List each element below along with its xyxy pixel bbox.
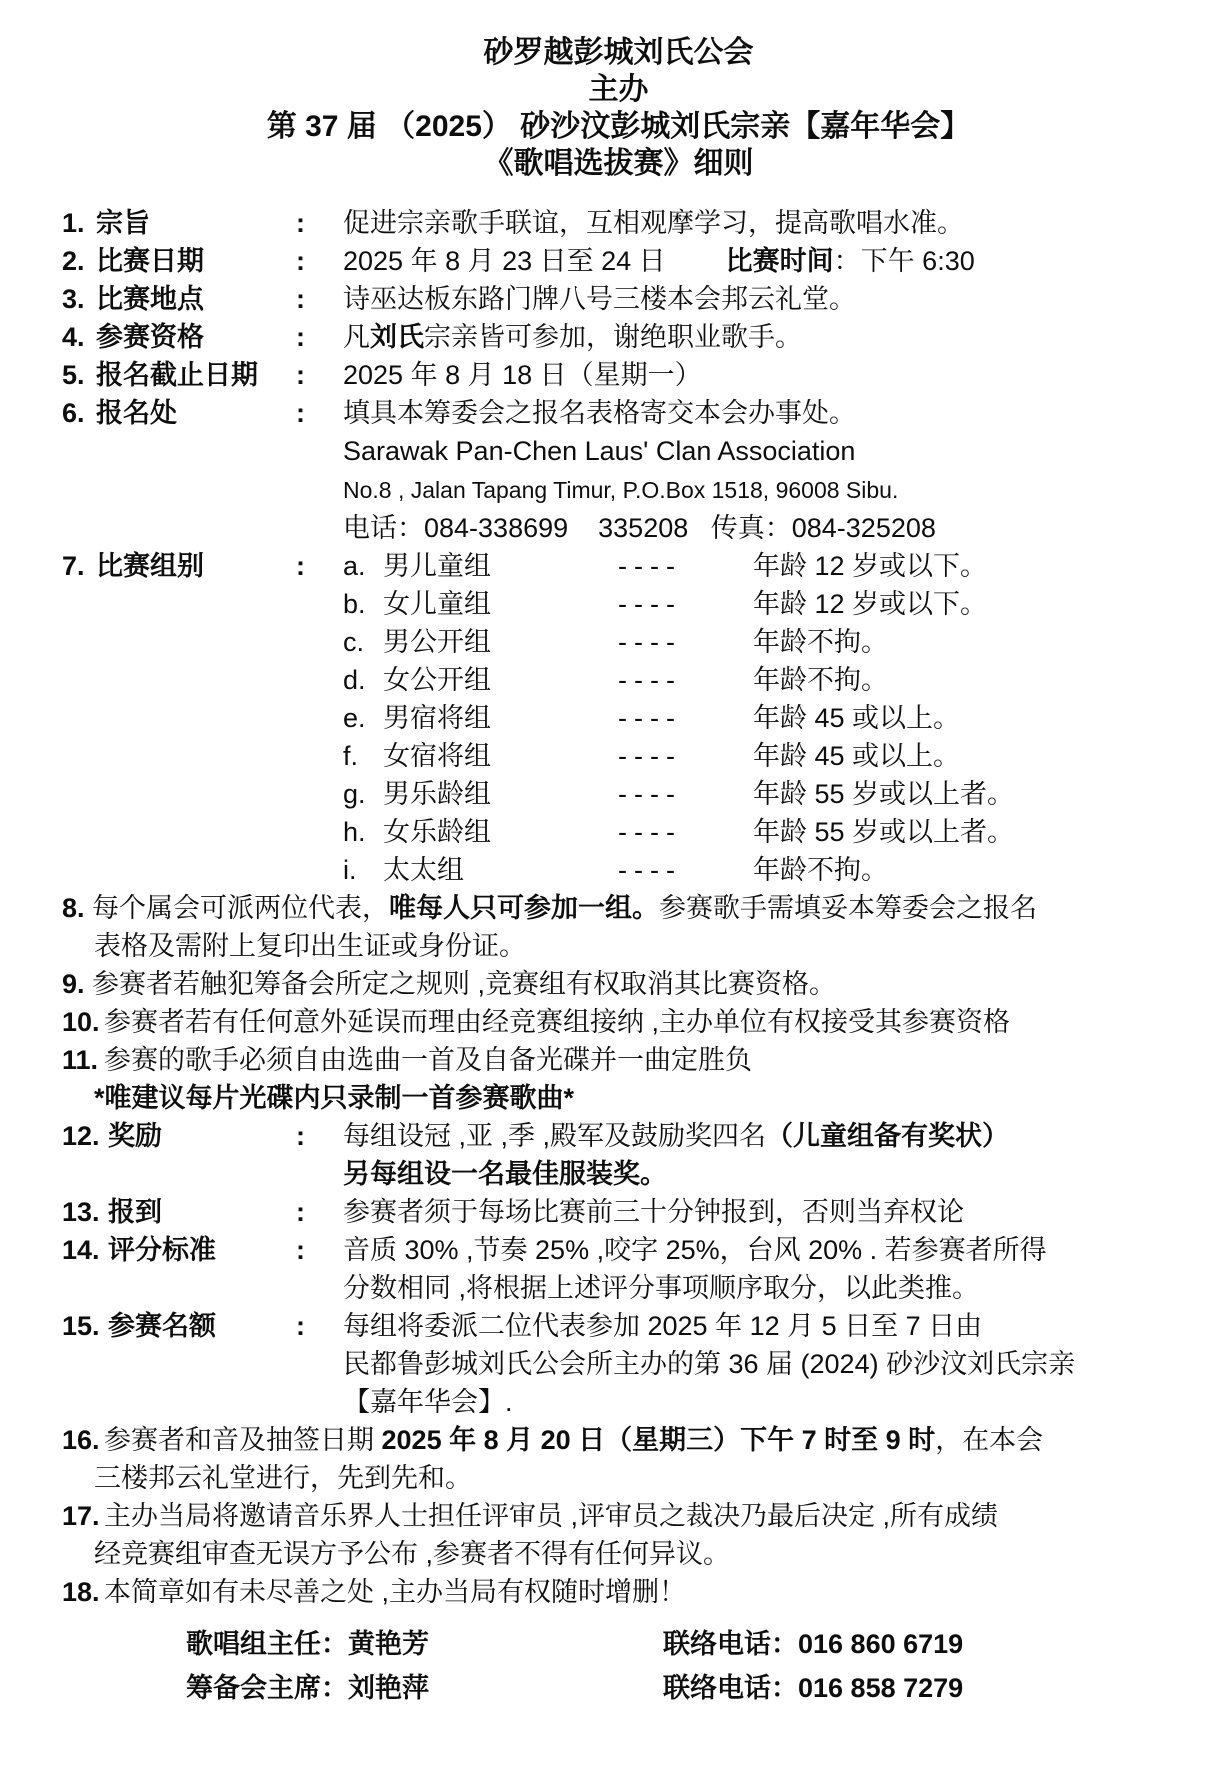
- item-colon: :: [296, 1117, 305, 1155]
- text-run: 2025 年 8 月 18 日（星期一）: [343, 360, 702, 390]
- item-number: 6.: [62, 394, 85, 432]
- text-run: 参赛者和音及抽签日期: [104, 1425, 382, 1455]
- doc-line: 3.比赛地点:诗巫达板东路门牌八号三楼本会邦云礼堂。: [62, 280, 1175, 318]
- group-dashes: ----: [618, 775, 682, 813]
- item-label: 评分标准: [108, 1231, 216, 1269]
- text-run: *唯建议每片光碟内只录制一首参赛歌曲*: [94, 1083, 574, 1113]
- group-name: 女宿将组: [383, 737, 491, 775]
- doc-line: 9.参赛者若触犯筹备会所定之规则 ,竞赛组有权取消其比赛资格。: [62, 965, 1175, 1003]
- item-value-line: 分数相同 ,将根据上述评分事项顺序取分，以此类推。: [343, 1269, 1175, 1307]
- title-rules: 《歌唱选拔赛》细则: [62, 145, 1175, 182]
- text-run: 2025 年 8 月 20 日（星期三）下午 7 时至 9 时: [382, 1425, 936, 1455]
- group-dashes: ----: [618, 661, 682, 699]
- text-run: ，在本会: [935, 1425, 1043, 1455]
- text-run: 参赛的歌手必须自由选曲一首及自备光碟并一曲定胜负: [104, 1045, 752, 1075]
- text-run: 参赛者须于每场比赛前三十分钟报到，否则当弃权论: [343, 1197, 964, 1227]
- text-run: 民都鲁彭城刘氏公会所主办的第 36 届 (2024) 砂沙汶刘氏宗亲: [343, 1349, 1075, 1379]
- item-value-line: Sarawak Pan-Chen Laus' Clan Association: [343, 432, 1175, 470]
- group-dashes: ----: [618, 737, 682, 775]
- rules-list: 1.宗旨:促进宗亲歌手联谊，互相观摩学习，提高歌唱水准。2.比赛日期:2025 …: [62, 204, 1175, 1611]
- item-value-line: 参赛者须于每场比赛前三十分钟报到，否则当弃权论: [343, 1193, 1175, 1231]
- text-run: ：下午 6:30: [834, 246, 975, 276]
- text-run: 参赛者若触犯筹备会所定之规则 ,竞赛组有权取消其比赛资格。: [92, 969, 836, 999]
- item-colon: :: [296, 356, 305, 394]
- item-value-line: 【嘉年华会】.: [343, 1383, 1175, 1421]
- item-colon: :: [296, 280, 305, 318]
- item-colon: :: [296, 547, 305, 585]
- text-run: 【嘉年华会】.: [343, 1387, 513, 1417]
- item-text-line: 参赛的歌手必须自由选曲一首及自备光碟并一曲定胜负: [104, 1041, 1175, 1079]
- text-run: 表格及需附上复印出生证或身份证。: [94, 931, 526, 961]
- text-run: Sarawak Pan-Chen Laus' Clan Association: [343, 436, 855, 466]
- item-label: 奖励: [108, 1117, 162, 1155]
- item-value-line: 填具本筹委会之报名表格寄交本会办事处。: [343, 394, 1175, 432]
- doc-line: 6.报名处:填具本筹委会之报名表格寄交本会办事处。: [62, 394, 1175, 432]
- text-run: 刘氏: [370, 322, 424, 352]
- item-text-line: *唯建议每片光碟内只录制一首参赛歌曲*: [94, 1079, 1175, 1117]
- text-run: 每组设冠 ,亚 ,季 ,殿军及鼓励奖四名: [343, 1121, 766, 1151]
- doc-line: 表格及需附上复印出生证或身份证。: [62, 927, 1175, 965]
- text-run: 电话：084-338699 335208 传真：084-325208: [343, 513, 936, 543]
- item-label: 宗旨: [96, 204, 150, 242]
- doc-line: 电话：084-338699 335208 传真：084-325208: [62, 509, 1175, 547]
- doc-line: g.男乐龄组----年龄 55 岁或以上者。: [62, 775, 1175, 813]
- title-event: 第 37 届 （2025） 砂沙汶彭城刘氏宗亲【嘉年华会】: [62, 108, 1175, 145]
- item-number: 9.: [62, 965, 85, 1003]
- text-run: 填具本筹委会之报名表格寄交本会办事处。: [343, 398, 856, 428]
- item-label: 参赛名额: [108, 1307, 216, 1345]
- text-run: 唯每人只可参加一组。: [389, 893, 659, 923]
- group-dashes: ----: [618, 851, 682, 889]
- item-number: 11.: [62, 1041, 98, 1079]
- title-association: 砂罗越彭城刘氏公会: [62, 34, 1175, 71]
- doc-line: 10.参赛者若有任何意外延误而理由经竞赛组接纳 ,主办单位有权接受其参赛资格: [62, 1003, 1175, 1041]
- item-text-line: 经竞赛组审查无误方予公布 ,参赛者不得有任何异议。: [94, 1535, 1175, 1573]
- item-text-line: 三楼邦云礼堂进行，先到先和。: [94, 1459, 1175, 1497]
- group-age: 年龄不拘。: [753, 661, 888, 699]
- item-text-line: 每个属会可派两位代表，唯每人只可参加一组。参赛歌手需填妥本筹委会之报名: [92, 889, 1175, 927]
- contact-role-name: 筹备会主席：刘艳萍: [186, 1669, 429, 1707]
- item-label: 报名处: [96, 394, 177, 432]
- item-number: 18.: [62, 1573, 100, 1611]
- item-number: 1.: [62, 204, 85, 242]
- group-dashes: ----: [618, 547, 682, 585]
- item-value-line: 2025 年 8 月 23 日至 24 日 比赛时间：下午 6:30: [343, 242, 1175, 280]
- group-letter: g.: [343, 775, 366, 813]
- item-number: 14.: [62, 1231, 100, 1269]
- item-value-line: 民都鲁彭城刘氏公会所主办的第 36 届 (2024) 砂沙汶刘氏宗亲: [343, 1345, 1175, 1383]
- doc-line: b.女儿童组----年龄 12 岁或以下。: [62, 585, 1175, 623]
- doc-line: 民都鲁彭城刘氏公会所主办的第 36 届 (2024) 砂沙汶刘氏宗亲: [62, 1345, 1175, 1383]
- group-name: 男儿童组: [383, 547, 491, 585]
- contact-role-name: 歌唱组主任：黄艳芳: [186, 1625, 429, 1663]
- doc-line: 16.参赛者和音及抽签日期 2025 年 8 月 20 日（星期三）下午 7 时…: [62, 1421, 1175, 1459]
- group-name: 女儿童组: [383, 585, 491, 623]
- doc-line: 分数相同 ,将根据上述评分事项顺序取分，以此类推。: [62, 1269, 1175, 1307]
- group-letter: c.: [343, 623, 364, 661]
- text-run: 宗亲皆可参加，谢绝职业歌手。: [424, 322, 802, 352]
- doc-line: 【嘉年华会】.: [62, 1383, 1175, 1421]
- text-run: 促进宗亲歌手联谊，互相观摩学习，提高歌唱水准。: [343, 208, 964, 238]
- item-number: 17.: [62, 1497, 100, 1535]
- item-number: 15.: [62, 1307, 100, 1345]
- doc-line: 4.参赛资格:凡刘氏宗亲皆可参加，谢绝职业歌手。: [62, 318, 1175, 356]
- item-value-line: 2025 年 8 月 18 日（星期一）: [343, 356, 1175, 394]
- footer-contacts: 歌唱组主任：黄艳芳 联络电话：016 860 6719 筹备会主席：刘艳萍 联络…: [62, 1625, 1175, 1713]
- doc-line: 1.宗旨:促进宗亲歌手联谊，互相观摩学习，提高歌唱水准。: [62, 204, 1175, 242]
- contact-phone: 联络电话：016 860 6719: [663, 1625, 963, 1663]
- doc-line: 18.本简章如有未尽善之处 ,主办当局有权随时增删！: [62, 1573, 1175, 1611]
- group-letter: h.: [343, 813, 366, 851]
- group-age: 年龄 45 或以上。: [753, 699, 960, 737]
- item-value-line: 另每组设一名最佳服装奖。: [343, 1155, 1175, 1193]
- text-run: 三楼邦云礼堂进行，先到先和。: [94, 1463, 472, 1493]
- group-letter: b.: [343, 585, 366, 623]
- doc-line: 17.主办当局将邀请音乐界人士担任评审员 ,评审员之裁决乃最后决定 ,所有成绩: [62, 1497, 1175, 1535]
- item-value-line: 每组设冠 ,亚 ,季 ,殿军及鼓励奖四名（儿童组备有奖状）: [343, 1117, 1175, 1155]
- item-text-line: 表格及需附上复印出生证或身份证。: [94, 927, 1175, 965]
- item-number: 10.: [62, 1003, 100, 1041]
- item-colon: :: [296, 204, 305, 242]
- group-age: 年龄 55 岁或以上者。: [753, 813, 1014, 851]
- text-run: 参赛者若有任何意外延误而理由经竞赛组接纳 ,主办单位有权接受其参赛资格: [104, 1007, 1010, 1037]
- doc-line: 11.参赛的歌手必须自由选曲一首及自备光碟并一曲定胜负: [62, 1041, 1175, 1079]
- doc-line: 7.比赛组别:a.男儿童组----年龄 12 岁或以下。: [62, 547, 1175, 585]
- text-run: 每组将委派二位代表参加 2025 年 12 月 5 日至 7 日由: [343, 1311, 982, 1341]
- group-letter: i.: [343, 851, 357, 889]
- group-letter: d.: [343, 661, 366, 699]
- item-text-line: 参赛者和音及抽签日期 2025 年 8 月 20 日（星期三）下午 7 时至 9…: [104, 1421, 1175, 1459]
- item-text-line: 参赛者若有任何意外延误而理由经竞赛组接纳 ,主办单位有权接受其参赛资格: [104, 1003, 1175, 1041]
- group-dashes: ----: [618, 699, 682, 737]
- item-colon: :: [296, 1231, 305, 1269]
- item-label: 报名截止日期: [96, 356, 258, 394]
- doc-line: 8.每个属会可派两位代表，唯每人只可参加一组。参赛歌手需填妥本筹委会之报名: [62, 889, 1175, 927]
- group-name: 男宿将组: [383, 699, 491, 737]
- group-name: 女乐龄组: [383, 813, 491, 851]
- doc-line: 5.报名截止日期:2025 年 8 月 18 日（星期一）: [62, 356, 1175, 394]
- title-block: 砂罗越彭城刘氏公会 主办 第 37 届 （2025） 砂沙汶彭城刘氏宗亲【嘉年华…: [62, 34, 1175, 182]
- doc-line: *唯建议每片光碟内只录制一首参赛歌曲*: [62, 1079, 1175, 1117]
- item-colon: :: [296, 394, 305, 432]
- doc-line: h.女乐龄组----年龄 55 岁或以上者。: [62, 813, 1175, 851]
- item-colon: :: [296, 242, 305, 280]
- item-colon: :: [296, 318, 305, 356]
- item-number: 4.: [62, 318, 85, 356]
- item-colon: :: [296, 1307, 305, 1345]
- item-text-line: 本简章如有未尽善之处 ,主办当局有权随时增删！: [104, 1573, 1175, 1611]
- item-number: 13.: [62, 1193, 100, 1231]
- doc-line: 14.评分标准:音质 30% ,节奏 25% ,咬字 25%，台风 20% . …: [62, 1231, 1175, 1269]
- item-label: 比赛组别: [96, 547, 204, 585]
- item-label: 比赛地点: [96, 280, 204, 318]
- item-label: 比赛日期: [96, 242, 204, 280]
- text-run: 音质 30% ,节奏 25% ,咬字 25%，台风 20% . 若参赛者所得: [343, 1235, 1047, 1265]
- text-run: 每个属会可派两位代表，: [92, 893, 389, 923]
- doc-line: f.女宿将组----年龄 45 或以上。: [62, 737, 1175, 775]
- item-value-line: 诗巫达板东路门牌八号三楼本会邦云礼堂。: [343, 280, 1175, 318]
- text-run: 比赛时间: [726, 246, 834, 276]
- group-age: 年龄 12 岁或以下。: [753, 547, 987, 585]
- item-label: 参赛资格: [96, 318, 204, 356]
- doc-line: No.8 , Jalan Tapang Timur, P.O.Box 1518,…: [62, 470, 1175, 509]
- item-number: 8.: [62, 889, 85, 927]
- doc-line: c.男公开组----年龄不拘。: [62, 623, 1175, 661]
- item-number: 12.: [62, 1117, 100, 1155]
- item-value-line: 促进宗亲歌手联谊，互相观摩学习，提高歌唱水准。: [343, 204, 1175, 242]
- item-value-line: 凡刘氏宗亲皆可参加，谢绝职业歌手。: [343, 318, 1175, 356]
- item-number: 5.: [62, 356, 85, 394]
- contact-row: 歌唱组主任：黄艳芳 联络电话：016 860 6719: [62, 1625, 1175, 1669]
- item-number: 3.: [62, 280, 85, 318]
- item-colon: :: [296, 1193, 305, 1231]
- item-number: 7.: [62, 547, 85, 585]
- group-letter: e.: [343, 699, 366, 737]
- item-value-line: 电话：084-338699 335208 传真：084-325208: [343, 509, 1175, 547]
- contact-row: 筹备会主席：刘艳萍 联络电话：016 858 7279: [62, 1669, 1175, 1713]
- text-run: 凡: [343, 322, 370, 352]
- group-age: 年龄不拘。: [753, 851, 888, 889]
- item-value-line: 每组将委派二位代表参加 2025 年 12 月 5 日至 7 日由: [343, 1307, 1175, 1345]
- group-name: 太太组: [383, 851, 464, 889]
- text-run: No.8 , Jalan Tapang Timur, P.O.Box 1518,…: [343, 477, 898, 503]
- text-run: （儿童组备有奖状）: [766, 1121, 1009, 1151]
- item-value-line: 音质 30% ,节奏 25% ,咬字 25%，台风 20% . 若参赛者所得: [343, 1231, 1175, 1269]
- group-age: 年龄 45 或以上。: [753, 737, 960, 775]
- doc-line: 13.报到:参赛者须于每场比赛前三十分钟报到，否则当弃权论: [62, 1193, 1175, 1231]
- item-text-line: 主办当局将邀请音乐界人士担任评审员 ,评审员之裁决乃最后决定 ,所有成绩: [104, 1497, 1175, 1535]
- group-age: 年龄 12 岁或以下。: [753, 585, 987, 623]
- text-run: 诗巫达板东路门牌八号三楼本会邦云礼堂。: [343, 284, 856, 314]
- item-number: 16.: [62, 1421, 100, 1459]
- group-dashes: ----: [618, 585, 682, 623]
- group-name: 女公开组: [383, 661, 491, 699]
- text-run: 本简章如有未尽善之处 ,主办当局有权随时增删！: [104, 1577, 686, 1607]
- contact-phone: 联络电话：016 858 7279: [663, 1669, 963, 1707]
- group-letter: f.: [343, 737, 358, 775]
- group-letter: a.: [343, 547, 366, 585]
- document-page: 砂罗越彭城刘氏公会 主办 第 37 届 （2025） 砂沙汶彭城刘氏宗亲【嘉年华…: [0, 0, 1231, 1713]
- doc-line: Sarawak Pan-Chen Laus' Clan Association: [62, 432, 1175, 470]
- doc-line: 12.奖励:每组设冠 ,亚 ,季 ,殿军及鼓励奖四名（儿童组备有奖状）: [62, 1117, 1175, 1155]
- text-run: 参赛歌手需填妥本筹委会之报名: [659, 893, 1037, 923]
- group-name: 男公开组: [383, 623, 491, 661]
- text-run: 另每组设一名最佳服装奖。: [343, 1159, 667, 1189]
- doc-line: d.女公开组----年龄不拘。: [62, 661, 1175, 699]
- text-run: 经竞赛组审查无误方予公布 ,参赛者不得有任何异议。: [94, 1539, 730, 1569]
- item-value-line: No.8 , Jalan Tapang Timur, P.O.Box 1518,…: [343, 470, 1175, 509]
- text-run: 分数相同 ,将根据上述评分事项顺序取分，以此类推。: [343, 1273, 979, 1303]
- text-run: 主办当局将邀请音乐界人士担任评审员 ,评审员之裁决乃最后决定 ,所有成绩: [104, 1501, 998, 1531]
- doc-line: i.太太组----年龄不拘。: [62, 851, 1175, 889]
- doc-line: 另每组设一名最佳服装奖。: [62, 1155, 1175, 1193]
- group-dashes: ----: [618, 813, 682, 851]
- group-age: 年龄不拘。: [753, 623, 888, 661]
- text-run: 2025 年 8 月 23 日至 24 日: [343, 246, 726, 276]
- doc-line: e.男宿将组----年龄 45 或以上。: [62, 699, 1175, 737]
- title-organizer: 主办: [62, 71, 1175, 108]
- doc-line: 三楼邦云礼堂进行，先到先和。: [62, 1459, 1175, 1497]
- doc-line: 经竞赛组审查无误方予公布 ,参赛者不得有任何异议。: [62, 1535, 1175, 1573]
- doc-line: 15.参赛名额:每组将委派二位代表参加 2025 年 12 月 5 日至 7 日…: [62, 1307, 1175, 1345]
- item-text-line: 参赛者若触犯筹备会所定之规则 ,竞赛组有权取消其比赛资格。: [92, 965, 1175, 1003]
- doc-line: 2.比赛日期:2025 年 8 月 23 日至 24 日 比赛时间：下午 6:3…: [62, 242, 1175, 280]
- group-name: 男乐龄组: [383, 775, 491, 813]
- item-label: 报到: [108, 1193, 162, 1231]
- group-age: 年龄 55 岁或以上者。: [753, 775, 1014, 813]
- item-number: 2.: [62, 242, 85, 280]
- group-dashes: ----: [618, 623, 682, 661]
